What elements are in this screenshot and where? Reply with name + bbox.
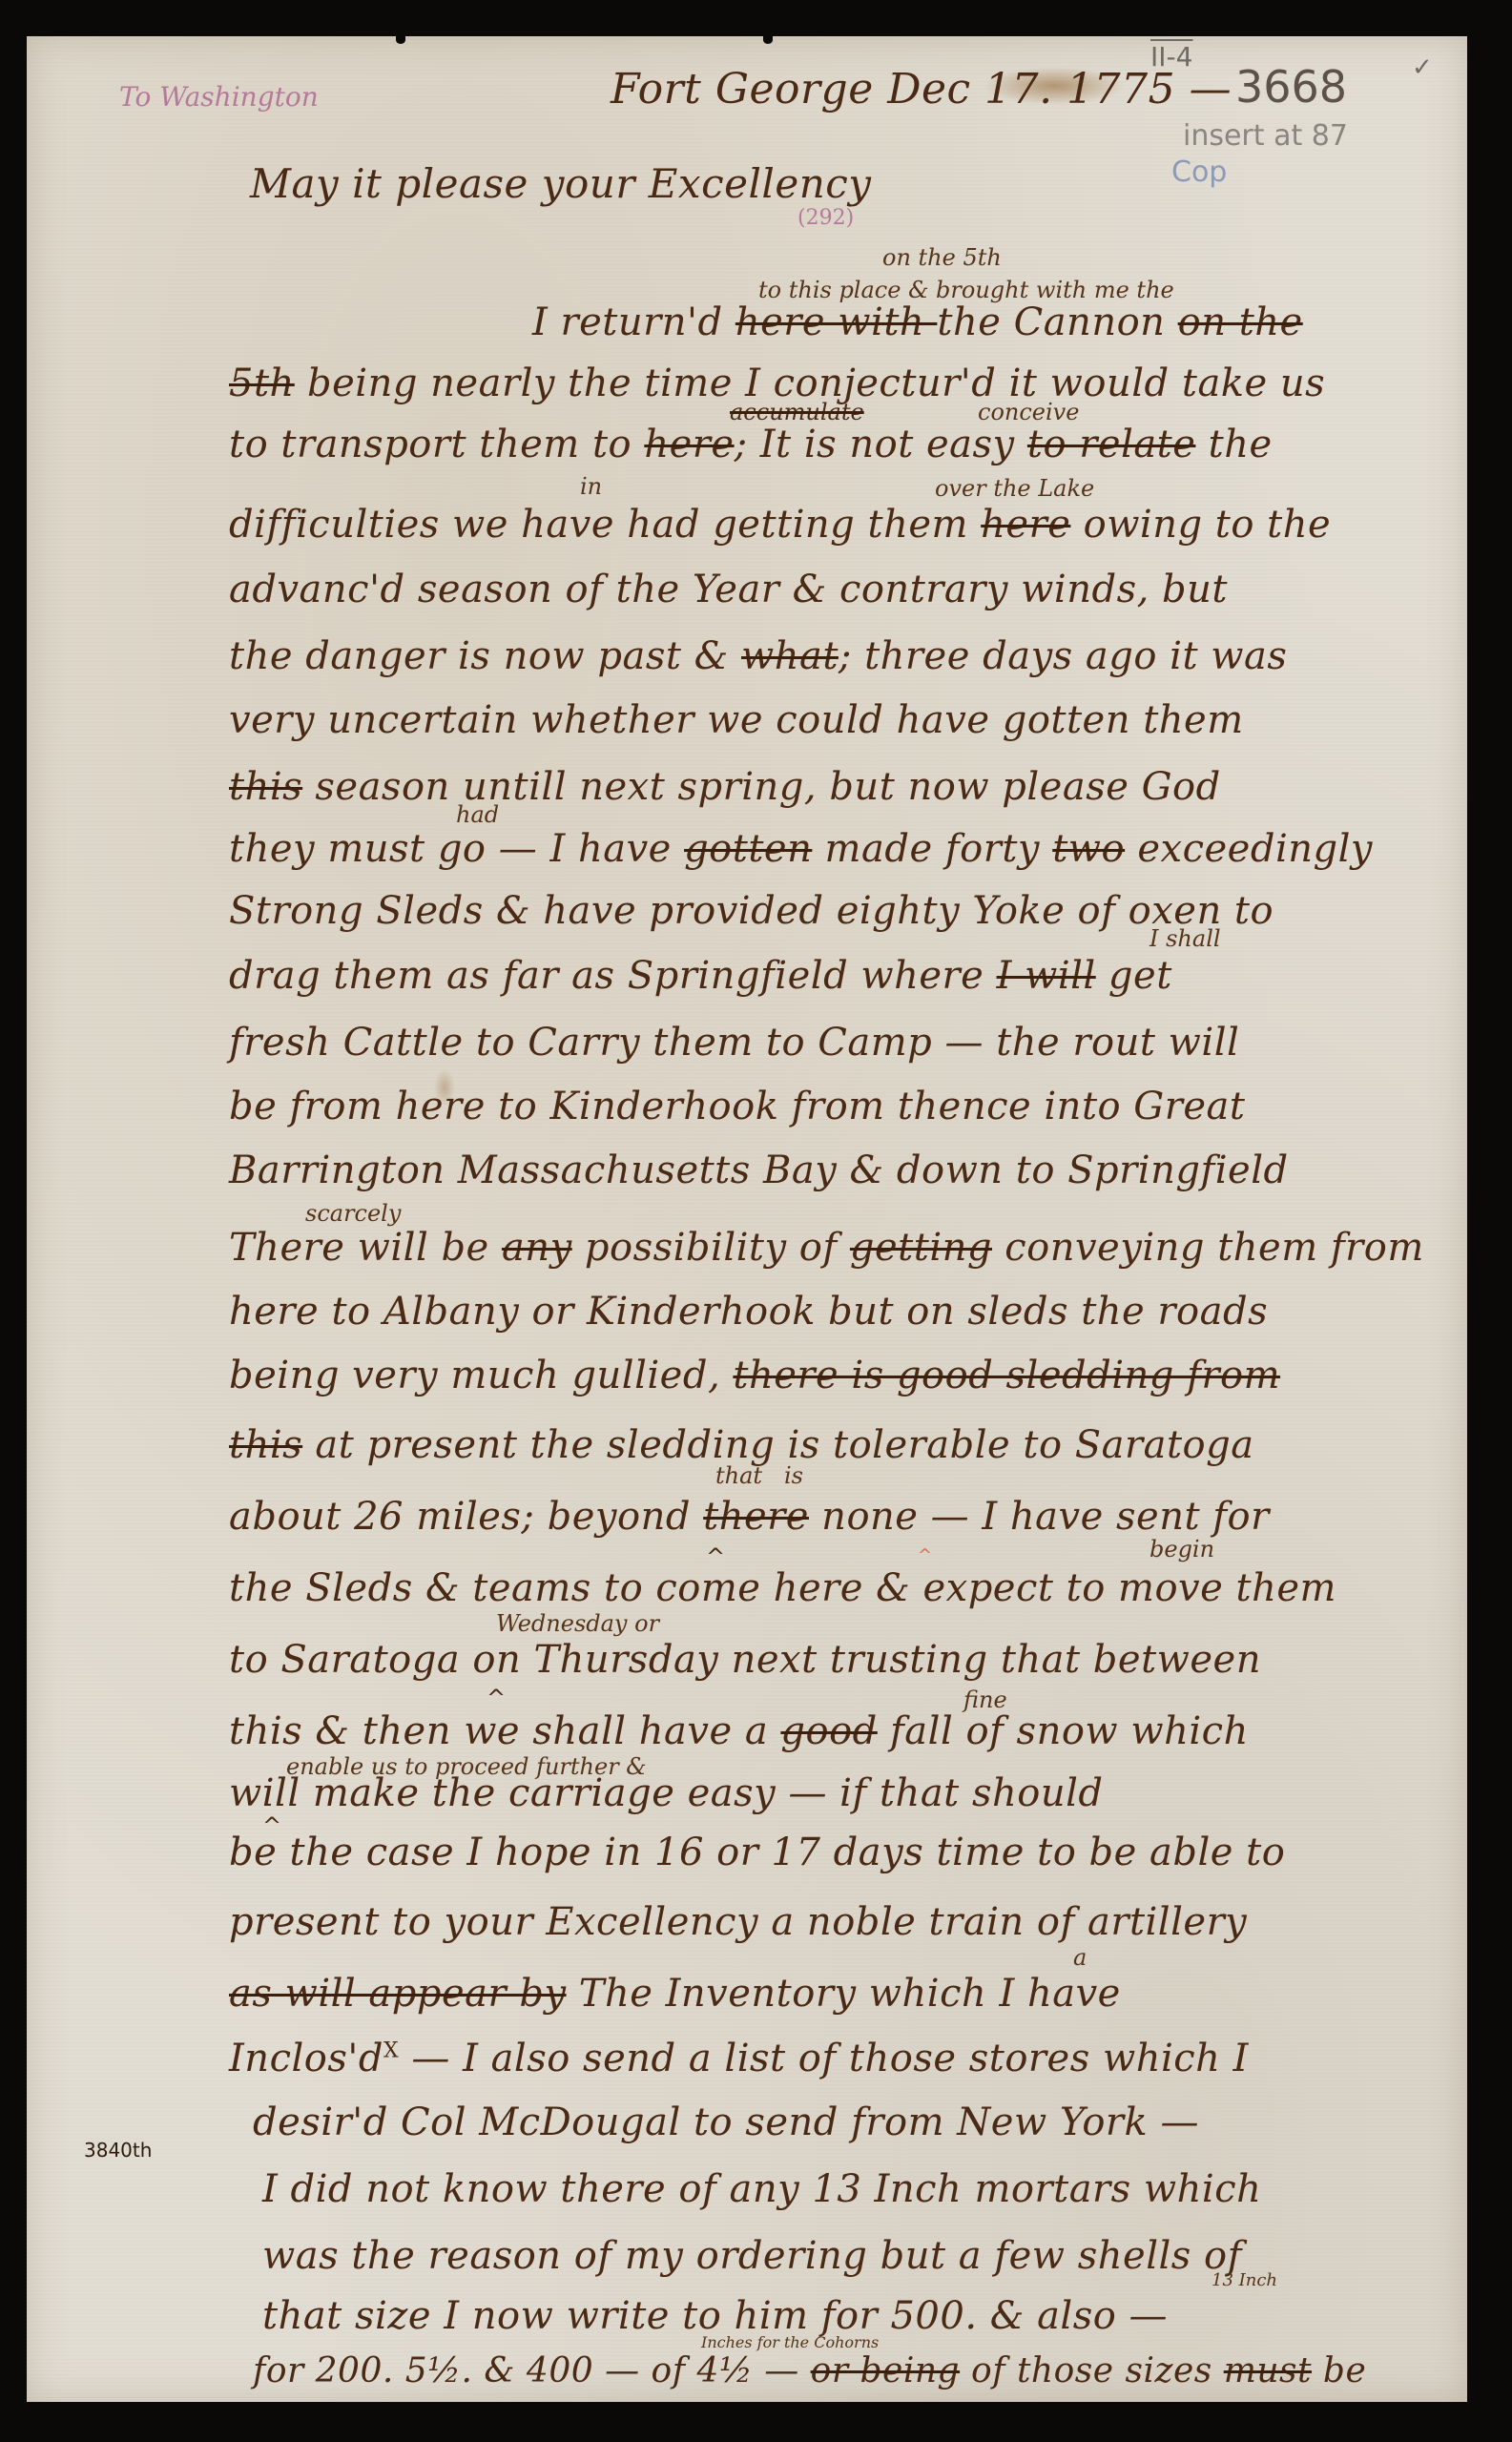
interlinear-insertion: had bbox=[456, 803, 499, 826]
body-line: very uncertain whether we could have got… bbox=[229, 701, 1244, 739]
interlinear-insertion: fine bbox=[963, 1688, 1007, 1711]
interlinear-insertion: scarcely bbox=[305, 1202, 401, 1225]
interlinear-insertion: begin bbox=[1150, 1538, 1214, 1561]
struck-text: on the bbox=[1178, 300, 1303, 344]
body-line: the danger is now past & what; three day… bbox=[229, 637, 1287, 675]
insert-note: insert at 87 bbox=[1183, 122, 1348, 151]
insertion-caret-icon: ^ bbox=[918, 1545, 932, 1565]
body-line: fresh Cattle to Carry them to Camp — the… bbox=[229, 1024, 1239, 1062]
interlinear-insertion: to this place & brought with me the bbox=[758, 279, 1174, 301]
struck-text: there is good sledding from bbox=[733, 1354, 1280, 1397]
body-line: will make the carriage easy — if that sh… bbox=[229, 1774, 1103, 1812]
interlinear-insertion: a bbox=[1073, 1946, 1087, 1969]
struck-text: here with bbox=[735, 300, 938, 344]
struck-text: two bbox=[1052, 827, 1125, 871]
body-line: present to your Excellency a noble train… bbox=[229, 1903, 1247, 1941]
body-line: to transport them to here; It is not eas… bbox=[229, 425, 1273, 464]
struck-text: I will bbox=[997, 954, 1096, 998]
enclosure-mark: X bbox=[383, 2039, 399, 2063]
body-line: about 26 miles; beyond there none — I ha… bbox=[229, 1498, 1270, 1536]
body-line: as will appear by The Inventory which I … bbox=[229, 1975, 1121, 2013]
insertion-caret-icon: ^ bbox=[487, 1685, 506, 1711]
archive-number: 3668 bbox=[1235, 65, 1347, 109]
body-line: was the reason of my ordering but a few … bbox=[262, 2237, 1242, 2275]
body-line: 5th being nearly the time I conjectur'd … bbox=[229, 364, 1325, 403]
struck-text: gotten bbox=[684, 827, 812, 871]
body-line: difficulties we have had getting them he… bbox=[229, 506, 1331, 544]
body-line: be from here to Kinderhook from thence i… bbox=[229, 1087, 1245, 1126]
body-line: this & then we shall have a good fall of… bbox=[229, 1712, 1249, 1750]
body-line: desir'd Col McDougal to send from New Yo… bbox=[253, 2103, 1199, 2142]
interlinear-insertion: Wednesday or bbox=[496, 1612, 659, 1635]
body-line: to Saratoga on Thursday next trusting th… bbox=[229, 1641, 1261, 1679]
struck-text: must bbox=[1224, 2351, 1312, 2390]
body-line: drag them as far as Springfield where I … bbox=[229, 957, 1172, 995]
struck-text: to relate bbox=[1027, 423, 1196, 466]
body-line: There will be any possibility of getting… bbox=[229, 1229, 1424, 1267]
endorsement-to-washington: To Washington bbox=[119, 84, 319, 111]
struck-text: as will appear by bbox=[229, 1972, 567, 2016]
cop-note: Cop bbox=[1171, 158, 1227, 187]
struck-text: here bbox=[644, 423, 734, 466]
body-line: the Sleds & teams to come here & expect … bbox=[229, 1569, 1336, 1607]
interlinear-insertion: I shall bbox=[1150, 927, 1221, 950]
struck-text: this bbox=[229, 765, 302, 809]
body-line: advanc'd season of the Year & contrary w… bbox=[229, 570, 1228, 609]
body-line: I did not know there of any 13 Inch mort… bbox=[262, 2170, 1261, 2208]
body-line: Inclos'dX — I also send a list of those … bbox=[229, 2039, 1249, 2078]
struck-text: or being bbox=[811, 2351, 960, 2390]
body-line: they must go — I have gotten made forty … bbox=[229, 830, 1373, 868]
struck-text: getting bbox=[850, 1226, 992, 1270]
struck-text: this bbox=[229, 1423, 302, 1467]
body-line: this season untill next spring, but now … bbox=[229, 768, 1221, 806]
interlinear-insertion: conceive bbox=[978, 401, 1079, 424]
struck-text: there bbox=[703, 1495, 809, 1539]
body-line: I return'd here with the Cannon on the bbox=[532, 303, 1303, 341]
struck-text: what bbox=[741, 634, 839, 678]
body-line: Barrington Massachusetts Bay & down to S… bbox=[229, 1151, 1289, 1190]
salutation: May it please your Excellency bbox=[250, 164, 872, 204]
struck-text: 5th bbox=[229, 362, 295, 405]
dateline: Fort George Dec 17. 1775 — bbox=[611, 69, 1232, 111]
interlinear-insertion: Inches for the Cohorns bbox=[701, 2335, 879, 2350]
body-line: for 200. 5½. & 400 — of 4½ — or being of… bbox=[253, 2354, 1366, 2389]
page-edge-notch bbox=[396, 36, 405, 44]
interlinear-insertion: over the Lake bbox=[935, 477, 1094, 500]
body-line: here to Albany or Kinderhook but on sled… bbox=[229, 1293, 1268, 1331]
interlinear-insertion: on the 5th bbox=[882, 246, 1002, 269]
interlinear-insertion: 13 Inch bbox=[1212, 2272, 1277, 2289]
struck-text: good bbox=[780, 1709, 877, 1753]
body-line: be the case I hope in 16 or 17 days time… bbox=[229, 1833, 1285, 1872]
body-line: Strong Sleds & have provided eighty Yoke… bbox=[229, 892, 1274, 930]
interlinear-insertion: is bbox=[784, 1464, 803, 1487]
page-edge-notch bbox=[763, 36, 773, 44]
body-line: being very much gullied, there is good s… bbox=[229, 1356, 1280, 1395]
struck-text: any bbox=[502, 1226, 572, 1270]
body-line: this at present the sledding is tolerabl… bbox=[229, 1426, 1254, 1464]
struck-text: here bbox=[981, 503, 1070, 547]
interlinear-insertion: accumulate bbox=[730, 401, 864, 424]
page-number-annotation: (292) bbox=[797, 208, 854, 229]
interlinear-insertion: that bbox=[715, 1464, 762, 1487]
check-mark-icon: ✓ bbox=[1412, 55, 1433, 80]
margin-number: 3840th bbox=[84, 2141, 152, 2160]
interlinear-insertion: in bbox=[580, 475, 602, 498]
body-line: that size I now write to him for 500. & … bbox=[262, 2297, 1168, 2335]
